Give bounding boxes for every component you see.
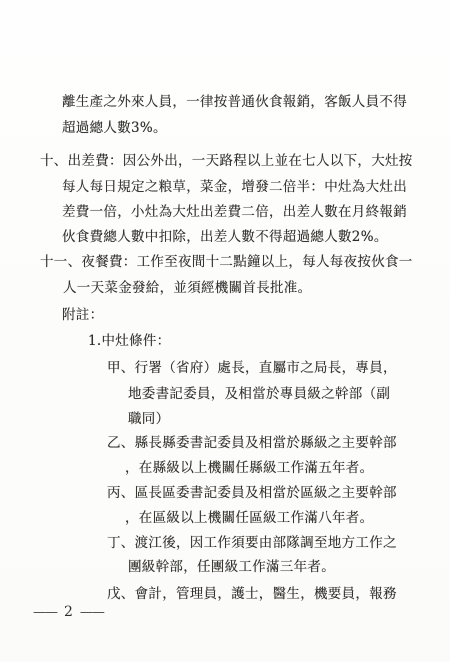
text-line-item-ding: 丁、渡江後，因工作須要由部隊調至地方工作之: [107, 531, 397, 551]
footer-right-dash: ——: [80, 605, 104, 620]
text-line-item-yi: 乙、縣長縣委書記委員及相當於縣級之主要幹部: [107, 431, 397, 451]
text-line: 差費一倍，小灶為大灶出差費二倍，出差人數在月終報銷: [62, 200, 407, 220]
footer-left-dash: ——: [33, 605, 57, 620]
text-line-item-bing: 丙、區長區委書記委員及相當於區級之主要幹部: [107, 481, 397, 501]
text-line: 超過總人數3%。: [62, 116, 167, 136]
text-line-notes-heading: 附註：: [62, 303, 103, 323]
scanned-document-page: 離生產之外來人員，一律按普通伙食報銷，客飯人員不得 超過總人數3%。 十、出差費…: [0, 0, 450, 662]
text-line: ，在區級以上機關任區級工作滿八年者。: [125, 506, 373, 526]
text-line-item-11: 十一、夜餐費：工作至夜間十二點鐘以上，每人每夜按伙食一: [40, 250, 413, 270]
text-line: 職同）: [128, 407, 169, 427]
text-line-note-1: 1.中灶條件：: [88, 329, 170, 349]
text-line-item-10: 十、出差費：因公外出，一天路程以上並在七人以下，大灶按: [40, 149, 413, 169]
text-line: 離生產之外來人員，一律按普通伙食報銷，客飯人員不得: [62, 90, 407, 110]
page-number: 2: [64, 604, 73, 620]
text-line: ，在縣級以上機關任縣級工作滿五年者。: [125, 456, 373, 476]
text-line: 人一天菜金發給，並須經機關首長批准。: [63, 276, 311, 296]
text-line: 伙食費總人數中扣除，出差人數不得超過總人數2%。: [62, 225, 388, 245]
text-line: 團級幹部，任團級工作滿三年者。: [128, 555, 335, 575]
text-line-item-wu: 戊、會計，管理員，護士，醫生，機要員，報務: [107, 582, 397, 602]
page-number-footer: —— 2 ——: [33, 604, 104, 620]
text-line: 地委書記委員，及相當於專員級之幹部（副: [128, 382, 390, 402]
text-line-item-jia: 甲、行署（省府）處長，直屬市之局長，專員，: [107, 356, 397, 376]
text-line: 每人每日規定之粮草，菜金，增發二倍半：中灶為大灶出: [62, 175, 407, 195]
